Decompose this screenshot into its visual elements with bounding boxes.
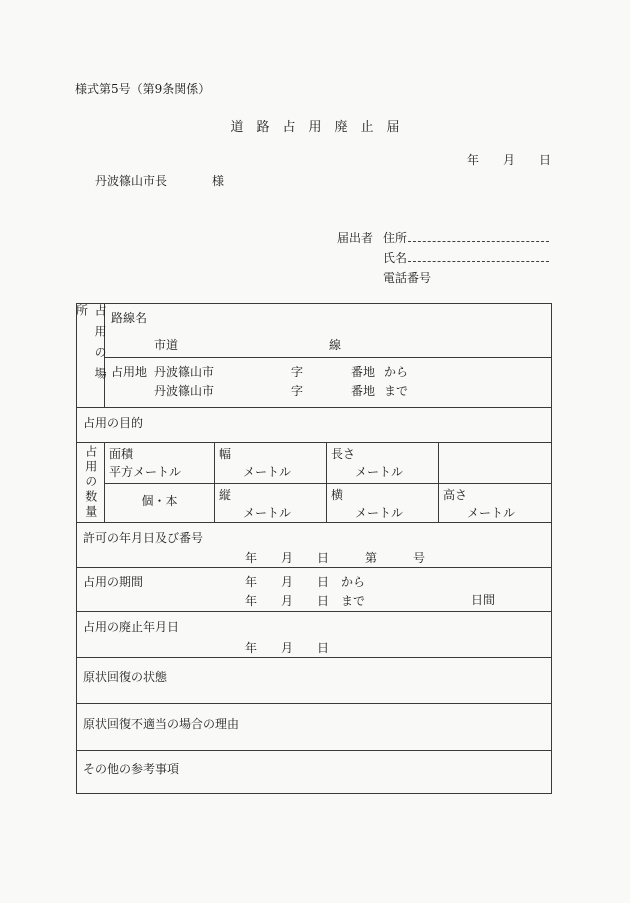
route-name-label: 路線名	[111, 309, 551, 328]
phone-label: 電話番号	[383, 271, 431, 285]
vertical-unit: メートル	[219, 504, 326, 522]
restoration-reason-label: 原状回復不適当の場合の理由	[83, 717, 239, 731]
land-to-line: 丹波篠山市字番地まで	[154, 382, 408, 401]
land-from-line: 丹波篠山市字番地から	[154, 363, 408, 382]
area-label: 面積	[109, 445, 214, 463]
width-label: 幅	[219, 445, 326, 463]
purpose-label: 占用の目的	[83, 416, 143, 430]
to-label: まで	[384, 384, 408, 398]
city-name: 丹波篠山市	[154, 384, 214, 398]
name-fill-line	[408, 251, 549, 262]
section-occupancy-place: 占用の場所 路線名 市道線 占用地 丹波篠山市字番地から	[77, 304, 551, 408]
section-restoration-reason: 原状回復不適当の場合の理由	[77, 704, 551, 751]
height-unit: メートル	[443, 504, 551, 522]
period-label: 占用の期間	[83, 575, 143, 589]
name-label: 氏名	[383, 251, 407, 265]
abolition-date-line: 年 月 日	[83, 639, 551, 658]
quantity-cell-height: 高さ メートル	[439, 484, 551, 522]
occupied-land-cell: 占用地 丹波篠山市字番地から 丹波篠山市字番地まで	[105, 358, 551, 407]
occupied-land-label: 占用地	[111, 363, 154, 407]
section-other-reference: その他の参考事項	[77, 751, 551, 793]
quantity-cell-area: 面積 平方メートル	[105, 443, 215, 483]
period-from-line: 年 月 日 から	[245, 575, 365, 589]
section-abolition-date: 占用の廃止年月日 年 月 日	[77, 612, 551, 658]
area-unit: 平方メートル	[109, 463, 214, 481]
length-unit: メートル	[331, 463, 438, 481]
height-label: 高さ	[443, 486, 551, 504]
form-document-page: 様式第5号（第9条関係） 道 路 占 用 廃 止 届 年 月 日 丹波篠山市長様…	[0, 0, 630, 903]
route-line: 市道線	[111, 336, 551, 355]
restoration-label: 原状回復の状態	[83, 670, 167, 684]
banchi-label: 番地	[351, 365, 375, 379]
section-occupancy-purpose: 占用の目的	[77, 408, 551, 443]
section-occupancy-period: 占用の期間年 月 日 から 年 月 日 まで 日間	[77, 568, 551, 612]
pieces-label: 個・本	[141, 492, 177, 510]
address-fill-line	[408, 231, 549, 242]
abolition-label: 占用の廃止年月日	[83, 618, 551, 637]
route-type: 市道	[154, 338, 178, 352]
section-occupancy-quantity: 占用の数量 面積 平方メートル 幅 メートル 長さ メートル	[77, 443, 551, 523]
section-restoration-state: 原状回復の状態	[77, 658, 551, 704]
permit-label: 許可の年月日及び番号	[83, 529, 551, 548]
banchi-label: 番地	[351, 384, 375, 398]
period-days-label: 日間	[471, 591, 495, 610]
quantity-cell-horizontal: 横 メートル	[327, 484, 439, 522]
applicant-name-line: 氏名	[383, 249, 549, 269]
quantity-cell-width: 幅 メートル	[215, 443, 327, 483]
quantity-vertical-header: 占用の数量	[77, 443, 105, 522]
addressee-line: 丹波篠山市長様	[95, 172, 224, 191]
width-unit: メートル	[219, 463, 326, 481]
form-number: 様式第5号（第9条関係）	[75, 80, 210, 99]
route-name-cell: 路線名 市道線	[105, 304, 551, 358]
vertical-label: 縦	[219, 486, 326, 504]
quantity-cell-pieces: 個・本	[105, 484, 215, 522]
document-title: 道 路 占 用 廃 止 届	[0, 118, 630, 138]
submission-date-line: 年 月 日	[467, 151, 551, 170]
applicant-label: 届出者	[337, 229, 373, 289]
aza-label: 字	[291, 365, 303, 379]
place-vertical-header: 占用の場所	[77, 304, 105, 407]
horizontal-unit: メートル	[331, 504, 438, 522]
horizontal-label: 横	[331, 486, 438, 504]
address-label: 住所	[383, 231, 407, 245]
section-permit-date-number: 許可の年月日及び番号 年 月 日 第 号	[77, 523, 551, 568]
applicant-address-line: 住所	[383, 229, 549, 249]
aza-label: 字	[291, 384, 303, 398]
addressee-name: 丹波篠山市長	[95, 174, 167, 188]
addressee-honorific: 様	[212, 174, 224, 188]
other-reference-label: その他の参考事項	[83, 762, 179, 776]
length-label: 長さ	[331, 445, 438, 463]
applicant-phone-line: 電話番号	[383, 269, 549, 289]
quantity-cell-empty	[439, 443, 551, 483]
route-suffix: 線	[329, 338, 341, 352]
form-table: 占用の場所 路線名 市道線 占用地 丹波篠山市字番地から	[76, 303, 552, 794]
from-label: から	[384, 365, 408, 379]
quantity-cell-length: 長さ メートル	[327, 443, 439, 483]
quantity-cell-vertical: 縦 メートル	[215, 484, 327, 522]
city-name: 丹波篠山市	[154, 365, 214, 379]
permit-date-line: 年 月 日 第 号	[83, 549, 551, 568]
applicant-block: 届出者 住所 氏名 電話番号	[337, 229, 549, 289]
